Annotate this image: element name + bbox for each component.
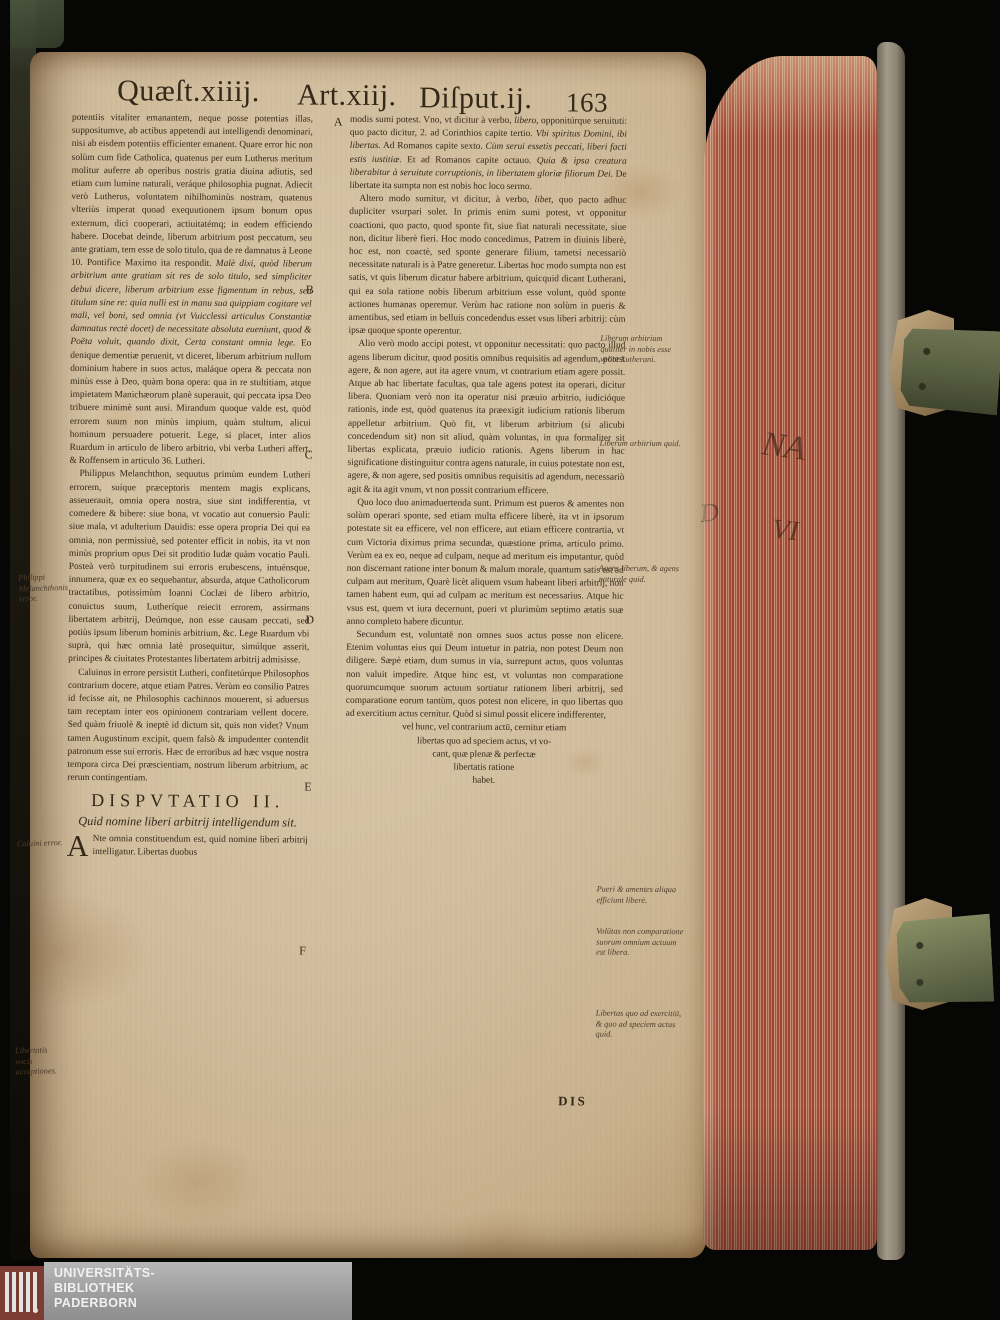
gutter-letter-B: B xyxy=(306,283,314,298)
library-name: UNIVERSITÄTS- BIBLIOTHEK PADERBORN xyxy=(54,1266,155,1311)
paragraph: Alio verò modo accipi potest, vt opponit… xyxy=(347,338,625,498)
running-header-articulus: Art.xiij. xyxy=(297,78,397,113)
margin-note: Volūtas non comparatione suorum omnium a… xyxy=(596,927,684,959)
section-title: DISPVTATIO II. xyxy=(67,794,308,809)
paragraph: Philippus Melanchthon, sequutus primùm e… xyxy=(68,468,310,668)
book-scan-photo: Quæſt.xiiij. Art.xiij. Diſput.ij. 163 po… xyxy=(0,0,1000,1320)
library-name-line: PADERBORN xyxy=(54,1296,155,1311)
body-text: quo pacto adhuc dupliciter vsurpari sole… xyxy=(348,195,626,336)
page-scan: Quæſt.xiiij. Art.xiij. Diſput.ij. 163 po… xyxy=(30,52,706,1258)
quoted-text: Malè dixi, quòd liberum arbitrium ante g… xyxy=(70,259,312,349)
fore-edge-pages xyxy=(703,56,877,1250)
paragraph: potentiis vitaliter emanantem, neque pos… xyxy=(70,112,313,470)
quoted-text: libet, xyxy=(534,195,553,205)
library-logo-dot-icon xyxy=(33,1308,38,1313)
running-header-disputatio: Diſput.ij. xyxy=(419,81,533,116)
page-content: Quæſt.xiiij. Art.xiij. Diſput.ij. 163 po… xyxy=(22,52,706,1263)
body-text: Altero modo sumitur, vt dicitur, à verbo… xyxy=(359,194,534,205)
drop-cap: A xyxy=(67,834,89,860)
text-column-right: modis sumi potest. Vno, vt dicitur à ver… xyxy=(343,114,627,1126)
body-text: Eo denique dementiæ peruenit, vt diceret… xyxy=(70,339,312,467)
body-text: Nte omnia constituendum est, quid nomine… xyxy=(92,834,307,858)
margin-note: Liberum arbitrium quid. xyxy=(600,439,688,450)
page-number: 163 xyxy=(566,87,608,118)
paragraph: Quo loco duo animaduertenda sunt. Primum… xyxy=(346,497,624,631)
body-text: Et ad Romanos capite octauo. xyxy=(402,155,537,166)
body-text: modis sumi potest. Vno, vt dicitur à ver… xyxy=(350,115,514,126)
gutter-letter-A: A xyxy=(334,115,343,130)
margin-note: Agens liberum, & agens naturale quid. xyxy=(599,564,687,586)
margin-note: Philippi Melanchthonis error. xyxy=(18,572,69,605)
margin-note: Pueri & amentes aliqua efficiunt liberè. xyxy=(596,885,684,907)
catchword: DIS xyxy=(558,1093,587,1109)
gutter-letter-C: C xyxy=(305,448,313,463)
library-logo-bars-icon xyxy=(5,1272,39,1312)
paragraph: ANte omnia constituendum est, quid nomin… xyxy=(67,833,308,861)
margin-note: Libertatis vocis acceptiones. xyxy=(15,1045,66,1078)
gutter-letter-D: D xyxy=(305,613,314,628)
running-header-quaestio: Quæſt.xiiij. xyxy=(117,74,260,109)
body-text: Ad Romanos capite sexto. xyxy=(381,141,486,152)
gutter-letter-E: E xyxy=(304,780,311,795)
margin-note: Liberum arbitrium qualiter in nobis esse… xyxy=(600,334,688,366)
taper-line: habet. xyxy=(345,774,622,789)
top-left-cover-corner xyxy=(12,0,64,48)
library-name-line: UNIVERSITÄTS- xyxy=(54,1266,155,1281)
margin-note: Libertas quo ad exercitiū, & quo ad spec… xyxy=(596,1009,684,1041)
clasp-strap-upper xyxy=(899,325,1000,416)
gutter-letter-F: F xyxy=(299,943,306,958)
paragraph: Altero modo sumitur, vt dicitur, à verbo… xyxy=(348,193,626,340)
cover-board-edge xyxy=(877,42,905,1260)
clasp-strap-lower xyxy=(896,914,994,1007)
paragraph: modis sumi potest. Vno, vt dicitur à ver… xyxy=(349,114,627,195)
body-text: potentiis vitaliter emanantem, neque pos… xyxy=(71,113,313,269)
margin-note: Caluini error. xyxy=(17,838,67,850)
paragraph: Caluinus in errore persistit Lutheri, co… xyxy=(67,666,309,787)
section-subtitle: Quid nomine liberi arbitrij intelligendu… xyxy=(67,814,308,829)
library-name-line: BIBLIOTHEK xyxy=(54,1281,155,1296)
paragraph: Secundum est, voluntatē non omnes suos a… xyxy=(346,629,624,723)
text-column-left: potentiis vitaliter emanantem, neque pos… xyxy=(65,112,313,1174)
quoted-text: libero, xyxy=(514,116,538,126)
